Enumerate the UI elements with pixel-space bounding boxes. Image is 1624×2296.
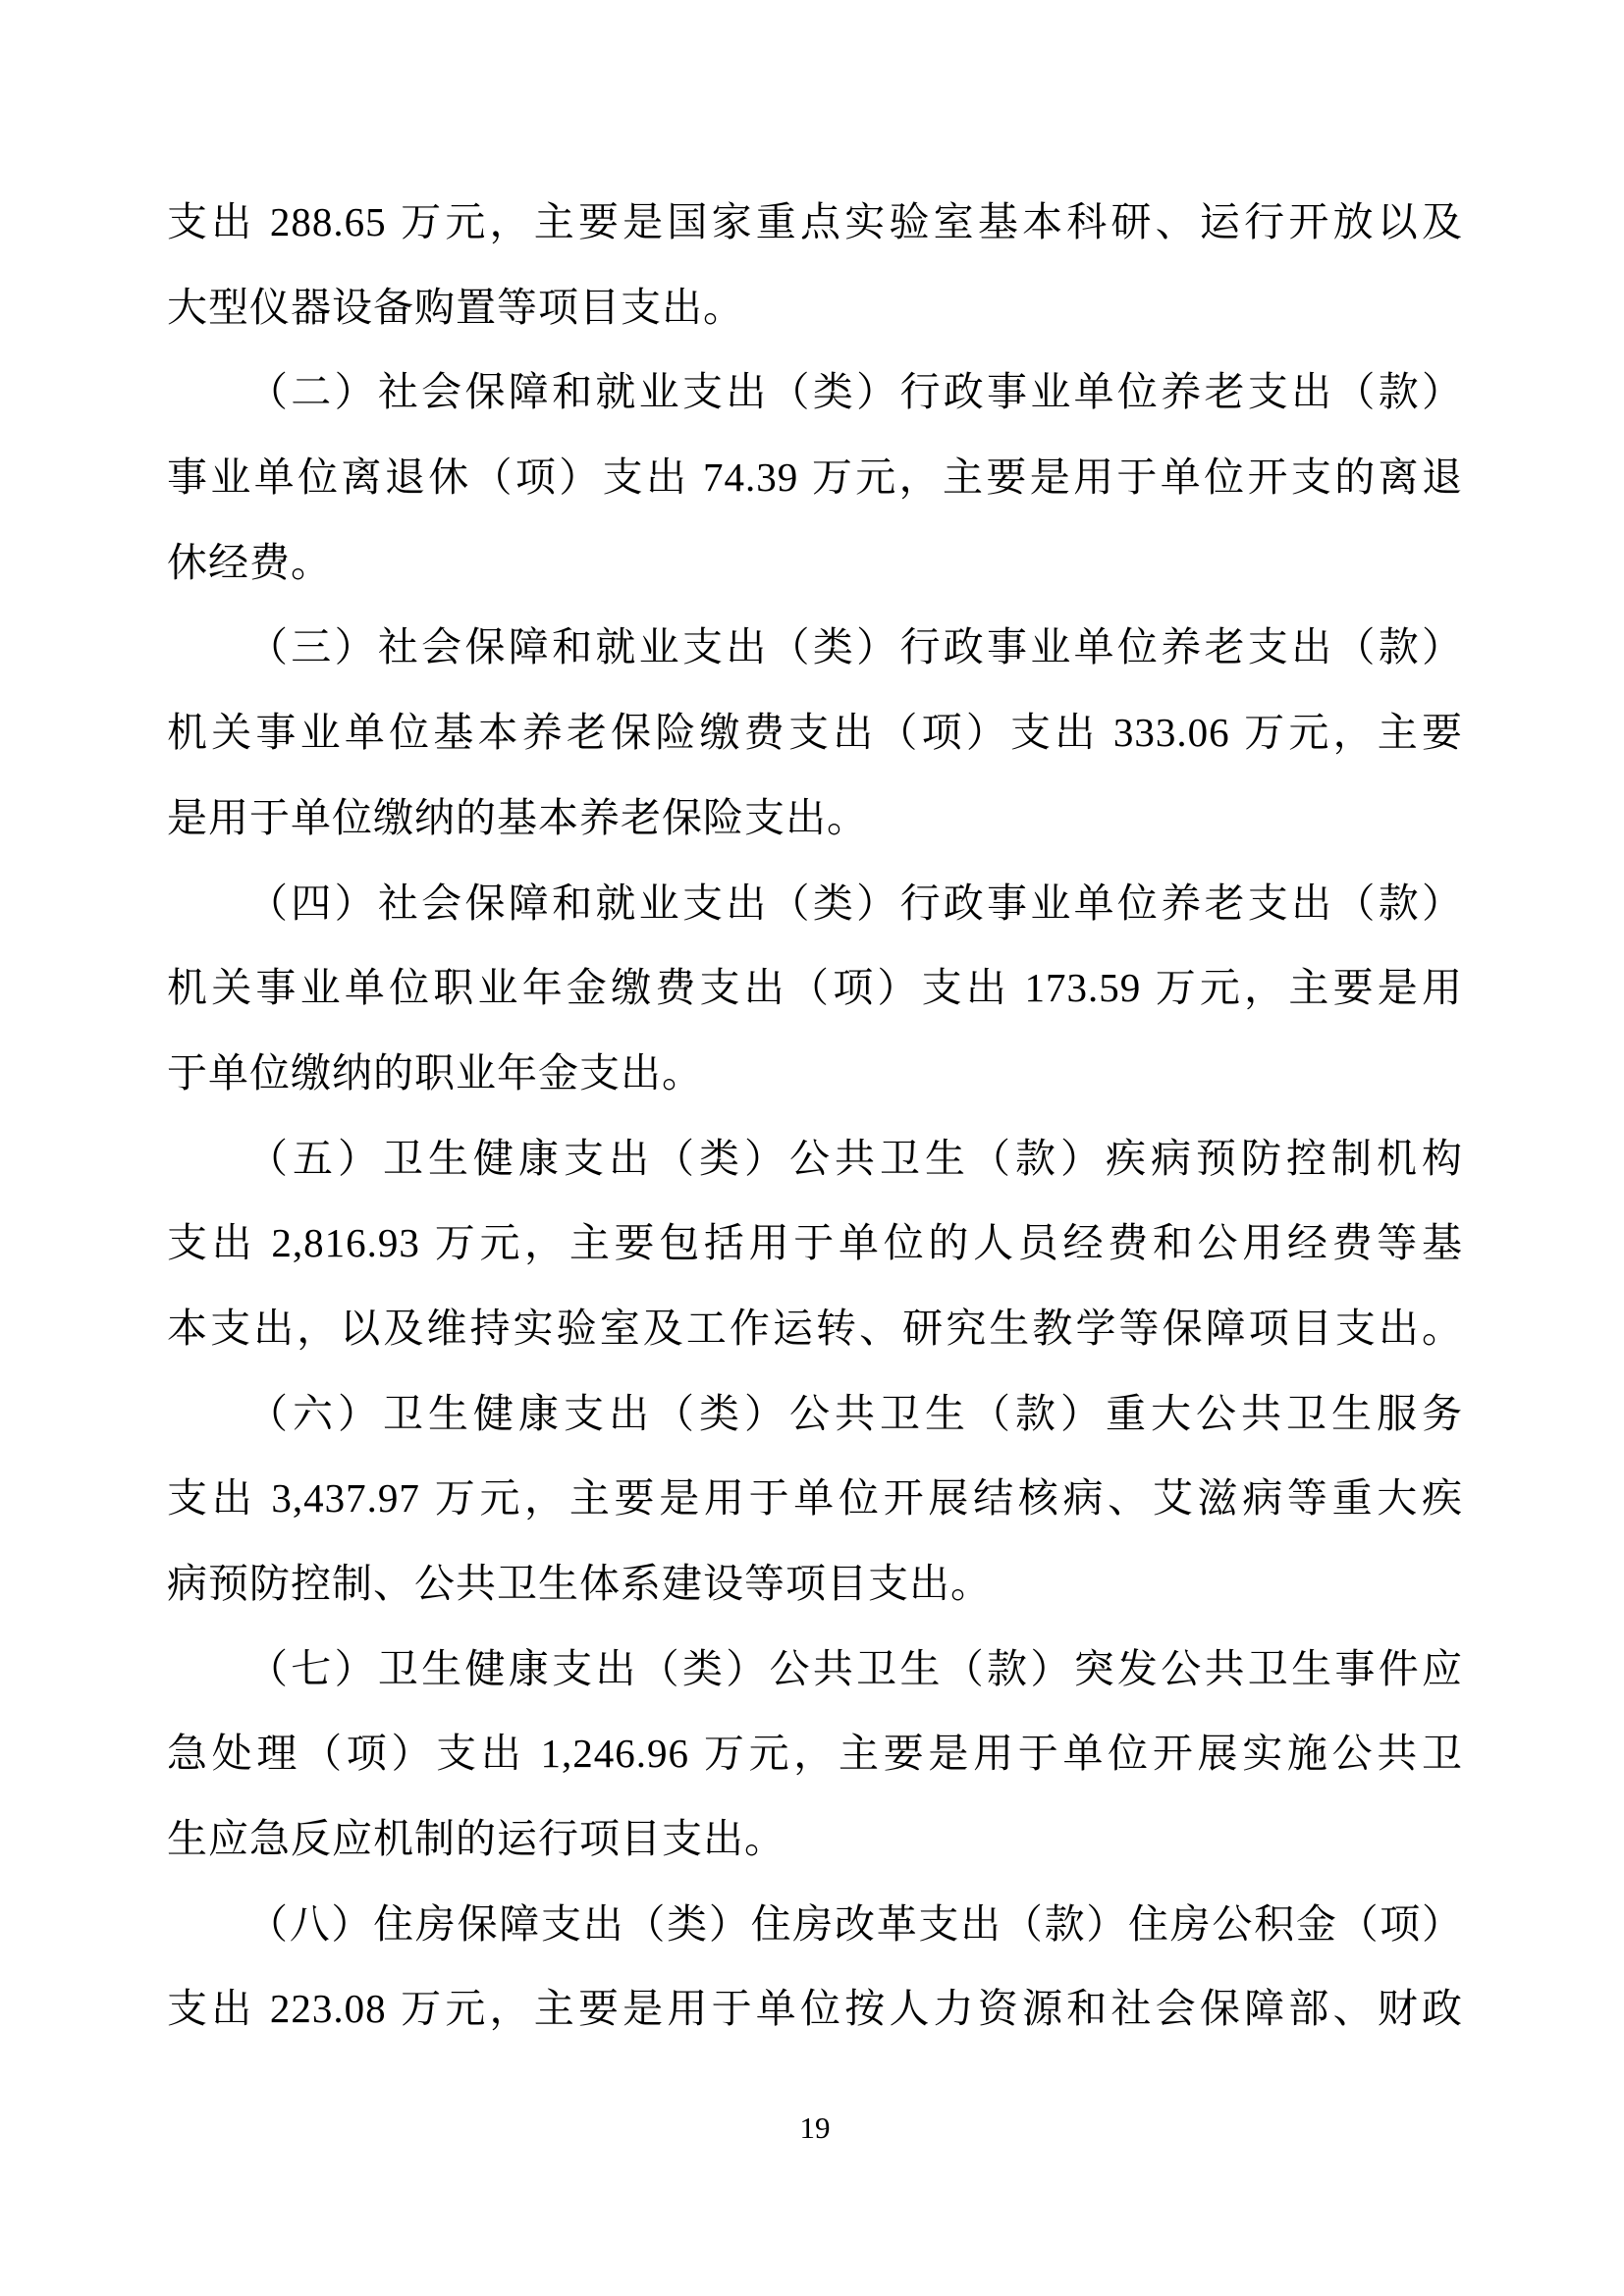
text-line: （七）卫生健康支出（类）公共卫生（款）突发公共卫生事件应 <box>167 1627 1463 1712</box>
text-line: 生应急反应机制的运行项目支出。 <box>167 1796 1463 1882</box>
page-number: 19 <box>167 2109 1463 2148</box>
text-line: 机关事业单位职业年金缴费支出（项）支出 173.59 万元，主要是用 <box>167 945 1463 1031</box>
text-line: 机关事业单位基本养老保险缴费支出（项）支出 333.06 万元，主要 <box>167 690 1463 775</box>
text-line: （八）住房保障支出（类）住房改革支出（款）住房公积金（项） <box>167 1882 1463 1967</box>
text-line: （三）社会保障和就业支出（类）行政事业单位养老支出（款） <box>167 605 1463 690</box>
text-line: （四）社会保障和就业支出（类）行政事业单位养老支出（款） <box>167 861 1463 946</box>
document-page: { "colors": { "background": "#ffffff", "… <box>0 0 1624 2296</box>
text-line: 病预防控制、公共卫生体系建设等项目支出。 <box>167 1541 1463 1627</box>
text-line: 是用于单位缴纳的基本养老保险支出。 <box>167 775 1463 861</box>
text-line: （五）卫生健康支出（类）公共卫生（款）疾病预防控制机构（项） <box>167 1116 1463 1201</box>
text-line: 支出 223.08 万元，主要是用于单位按人力资源和社会保障部、财政 <box>167 1966 1463 2052</box>
text-line: 事业单位离退休（项）支出 74.39 万元，主要是用于单位开支的离退 <box>167 435 1463 520</box>
text-line: 休经费。 <box>167 520 1463 606</box>
text-line: 支出 2,816.93 万元，主要包括用于单位的人员经费和公用经费等基 <box>167 1201 1463 1286</box>
text-line: （二）社会保障和就业支出（类）行政事业单位养老支出（款） <box>167 349 1463 435</box>
text-line: 急处理（项）支出 1,246.96 万元，主要是用于单位开展实施公共卫 <box>167 1711 1463 1796</box>
text-line: 本支出，以及维持实验室及工作运转、研究生教学等保障项目支出。 <box>167 1286 1463 1371</box>
text-line: （六）卫生健康支出（类）公共卫生（款）重大公共卫生服务（项） <box>167 1371 1463 1457</box>
text-line: 支出 3,437.97 万元，主要是用于单位开展结核病、艾滋病等重大疾 <box>167 1456 1463 1541</box>
page-sheet: 支出 288.65 万元，主要是国家重点实验室基本科研、运行开放以及大型仪器设备… <box>0 0 1624 2296</box>
text-line: 于单位缴纳的职业年金支出。 <box>167 1031 1463 1116</box>
text-line: 大型仪器设备购置等项目支出。 <box>167 265 1463 350</box>
document-text-block: 支出 288.65 万元，主要是国家重点实验室基本科研、运行开放以及大型仪器设备… <box>167 180 1463 2052</box>
text-line: 支出 288.65 万元，主要是国家重点实验室基本科研、运行开放以及 <box>167 180 1463 265</box>
